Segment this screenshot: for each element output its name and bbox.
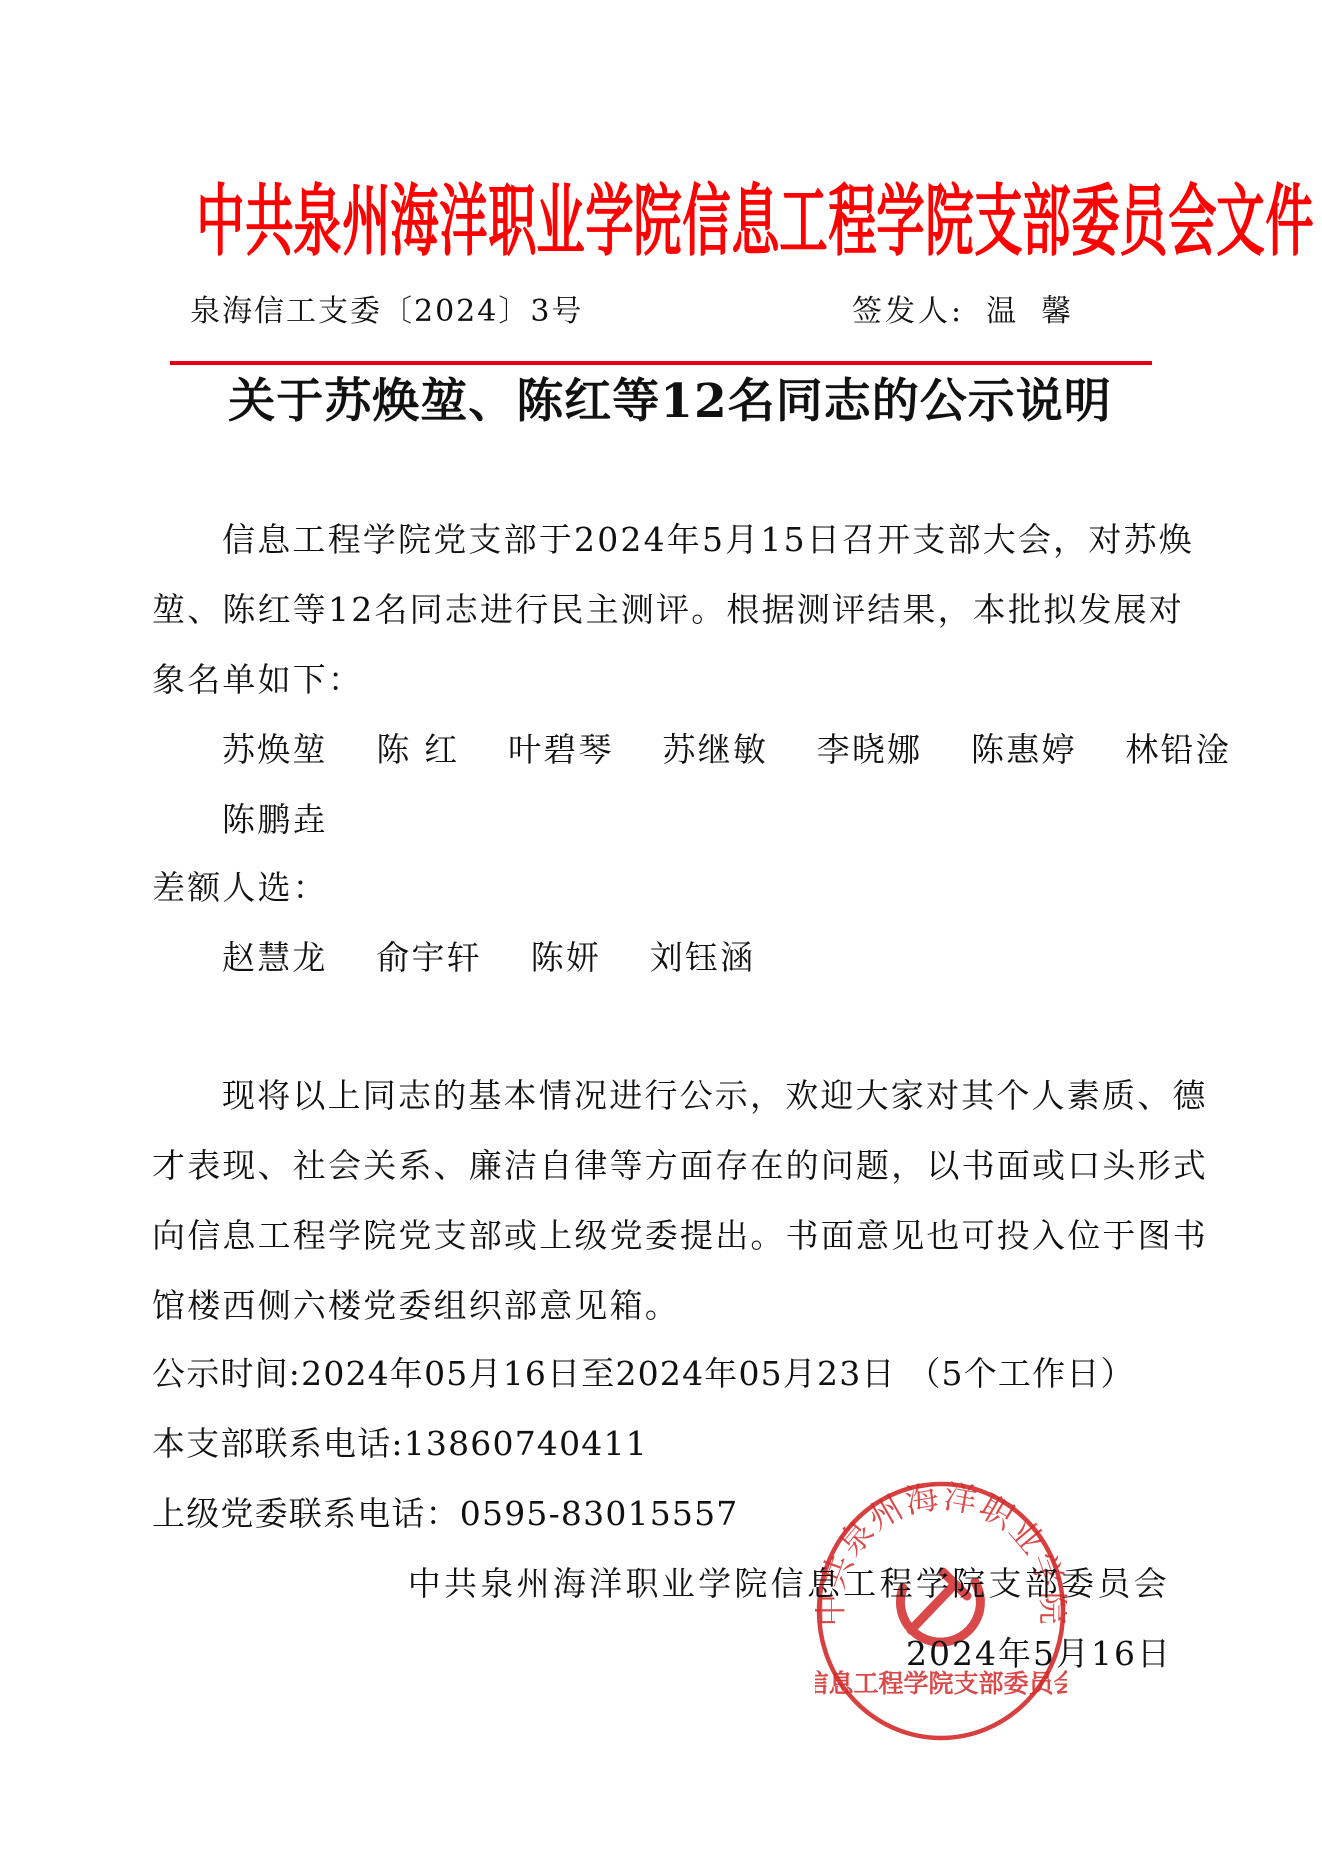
para2-line1: 现将以上同志的基本情况进行公示，欢迎大家对其个人素质、德	[222, 1076, 1208, 1116]
header-title-glyph: 委	[1071, 172, 1101, 272]
header-title-glyph: 洋	[439, 172, 469, 272]
header-title-glyph: 员	[1120, 172, 1150, 272]
header-title-glyph: 支	[974, 172, 1004, 272]
candidate-name: 陈惠婷	[971, 730, 1077, 769]
candidate-name: 李晓娜	[817, 730, 923, 769]
header-title-glyph: 文	[1217, 172, 1247, 272]
header-title-glyph: 部	[1022, 172, 1052, 272]
signer-name-1: 温	[986, 294, 1019, 329]
svg-text:中共泉州海洋职业学院: 中共泉州海洋职业学院	[815, 1480, 1067, 1627]
header-title-glyph: 州	[342, 172, 372, 272]
header-title-glyph: 海	[391, 172, 421, 272]
candidate-list: 苏焕堃 陈 红 叶碧琴 苏继敏 李晓娜 陈惠婷 林铅淦	[222, 730, 1267, 770]
candidate-name: 叶碧琴	[508, 730, 614, 769]
alternates-label: 差额人选：	[152, 868, 328, 908]
signature-organization: 中共泉州海洋职业学院信息工程学院支部委员会	[408, 1564, 1170, 1604]
header-title-glyph: 件	[1265, 172, 1295, 272]
candidate-name: 林铅淦	[1125, 730, 1231, 769]
alternate-name: 陈妍	[531, 938, 601, 977]
signer-name-2: 馨	[1041, 294, 1074, 329]
candidate-name: 陈鹏垚	[222, 800, 328, 839]
superior-phone: 上级党委联系电话：0595-83015557	[152, 1494, 739, 1534]
notice-period: 公示时间:2024年05月16日至2024年05月23日 （5个工作日）	[152, 1354, 1135, 1394]
header-title-glyph: 中	[196, 172, 226, 272]
header-title-glyph: 息	[731, 172, 761, 272]
alternate-name: 刘钰涵	[650, 938, 756, 977]
header-title-glyph: 院	[634, 172, 664, 272]
header-divider	[170, 361, 1152, 365]
header-title-glyph: 院	[925, 172, 955, 272]
para1-line2: 堃、陈红等12名同志进行民主测评。根据测评结果，本批拟发展对	[152, 590, 1184, 630]
signer-label: 签发人:	[852, 294, 964, 329]
para1-line3: 象名单如下：	[152, 660, 363, 700]
header-title-glyph: 职	[488, 172, 518, 272]
header-title-glyph: 共	[245, 172, 275, 272]
alternate-name: 赵慧龙	[222, 938, 328, 977]
candidate-name: 苏继敏	[662, 730, 768, 769]
signer: 签发人:温馨	[852, 292, 1074, 332]
candidate-list-cont: 陈鹏垚	[222, 800, 364, 840]
header-title-glyph: 学	[877, 172, 907, 272]
signature-date: 2024年5月16日	[906, 1634, 1172, 1674]
alternate-list: 赵慧龙 俞宇轩 陈妍 刘钰涵	[222, 938, 791, 978]
candidate-name: 苏焕堃	[222, 730, 328, 769]
header-title-glyph: 泉	[293, 172, 323, 272]
document-title: 关于苏焕堃、陈红等12名同志的公示说明	[210, 372, 1130, 432]
para2-line2: 才表现、社会关系、廉洁自律等方面存在的问题，以书面或口头形式	[152, 1146, 1208, 1186]
alternate-name: 俞宇轩	[376, 938, 482, 977]
branch-phone: 本支部联系电话:13860740411	[152, 1424, 648, 1464]
header-title-glyph: 业	[536, 172, 566, 272]
candidate-name: 陈 红	[376, 730, 459, 769]
document-header-title: 中共泉州海洋职业学院信息工程学院支部委员会文件	[187, 172, 1159, 272]
para2-line4: 馆楼西侧六楼党委组织部意见箱。	[152, 1286, 680, 1326]
official-seal-icon: 中共泉州海洋职业学院 信息工程学院支部委员会	[815, 1480, 1067, 1742]
seal-outer-text: 中共泉州海洋职业学院	[815, 1480, 1067, 1627]
header-title-glyph: 信	[682, 172, 712, 272]
para2-line3: 向信息工程学院党支部或上级党委提出。书面意见也可投入位于图书	[152, 1216, 1208, 1256]
header-title-glyph: 工	[779, 172, 809, 272]
header-title-glyph: 学	[585, 172, 615, 272]
para1-line1: 信息工程学院党支部于2024年5月15日召开支部大会，对苏焕	[222, 520, 1194, 560]
header-title-glyph: 程	[828, 172, 858, 272]
header-title-glyph: 会	[1168, 172, 1198, 272]
document-number: 泉海信工支委〔2024〕3号	[190, 292, 583, 332]
